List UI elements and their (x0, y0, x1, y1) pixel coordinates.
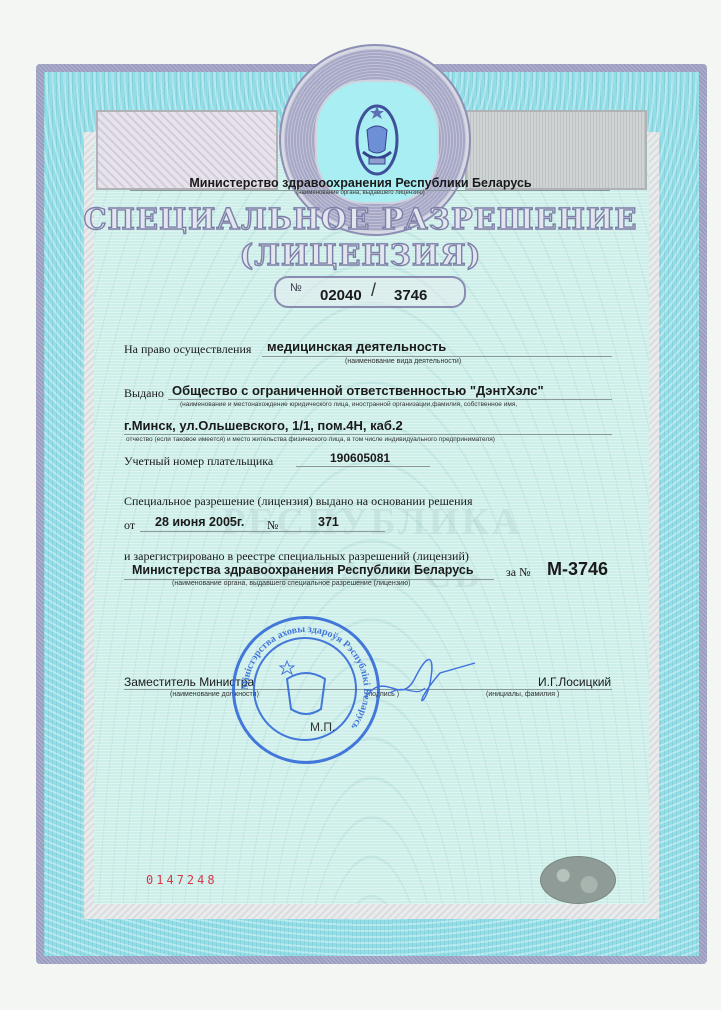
taxpayer-label: Учетный номер плательщика (124, 454, 273, 469)
svg-text:Міністэрства аховы здароўя Рэс: Міністэрства аховы здароўя Рэспублікі Бе… (240, 624, 372, 732)
license-number-box: № 02040 / 3746 (274, 276, 466, 308)
decision-date: 28 июня 2005г. (155, 515, 244, 529)
register-number-label: за № (506, 565, 531, 580)
licensee-address: г.Минск, ул.Ольшевского, 1/1, пом.4Н, ка… (124, 418, 403, 433)
signatory-name: И.Г.Лосицкий (538, 675, 611, 689)
register-authority: Министерства здравоохранения Республики … (132, 563, 474, 577)
seal-ring-text-icon: Міністэрства аховы здароўя Рэспублікі Бе… (235, 619, 377, 761)
taxpayer-number: 190605081 (330, 451, 390, 465)
seal-place-label: М.П. (310, 720, 335, 734)
license-number: 3746 (394, 287, 427, 304)
slash: / (371, 280, 376, 301)
hologram-sticker (540, 856, 616, 904)
issuing-authority: Министерство здравоохранения Республики … (0, 176, 721, 190)
activity-caption: (наименование вида деятельности) (345, 358, 461, 365)
address-caption: отчество (если таковое имеется) и место … (126, 436, 495, 443)
activity-value: медицинская деятельность (267, 339, 446, 354)
document-subtitle: (ЛИЦЕНЗИЯ) (0, 238, 721, 272)
licensee-name: Общество с ограниченной ответственностью… (172, 383, 544, 398)
register-text: и зарегистрировано в реестре специальных… (124, 549, 469, 564)
register-number: М-3746 (547, 559, 608, 580)
license-series: 02040 (320, 287, 362, 304)
number-sign: № (290, 282, 302, 294)
from-label: от (124, 518, 135, 533)
licensee-caption: (наименование и местонахождение юридичес… (180, 401, 517, 408)
signature-icon (360, 648, 480, 718)
document-title: СПЕЦИАЛЬНОЕ РАЗРЕШЕНИЕ (0, 202, 721, 236)
name-caption: (инициалы, фамилия ) (486, 691, 559, 698)
decision-number: 371 (318, 515, 339, 529)
register-authority-caption: (наименование органа, выдавшего специаль… (172, 580, 410, 587)
issuer-caption: (наименование органа, выдавшего лицензию… (0, 190, 721, 196)
activity-label: На право осуществления (124, 342, 251, 357)
official-seal: Міністэрства аховы здароўя Рэспублікі Бе… (232, 616, 380, 764)
serial-number: 0147248 (146, 873, 218, 887)
state-emblem-icon (355, 100, 399, 176)
issued-label: Выдано (124, 386, 164, 401)
basis-text: Специальное разрешение (лицензия) выдано… (124, 494, 473, 509)
